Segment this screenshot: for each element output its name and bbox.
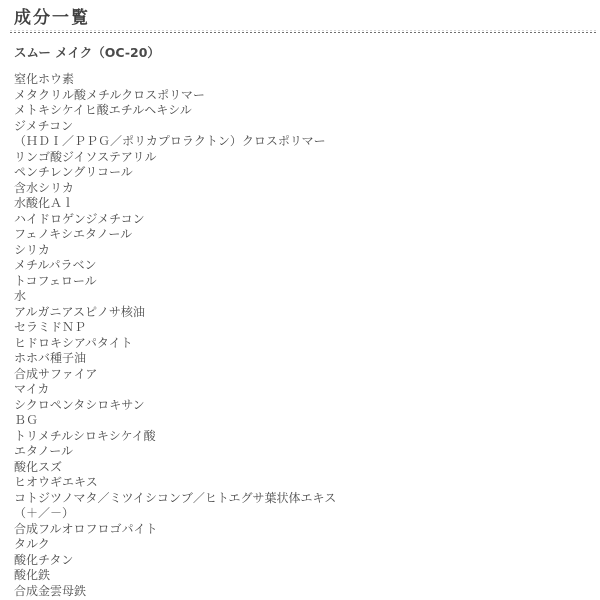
- product-name: スムー メイク（OC-20）: [14, 46, 586, 60]
- ingredient-item: セラミドＮＰ: [14, 320, 586, 336]
- ingredient-item: ヒドロキシアパタイト: [14, 336, 586, 352]
- ingredient-item: 酸化スズ: [14, 460, 586, 476]
- ingredient-item: 水酸化Ａｌ: [14, 196, 586, 212]
- ingredient-item: 含水シリカ: [14, 181, 586, 197]
- ingredient-item: マイカ: [14, 382, 586, 398]
- ingredient-item: シクロペンタシロキサン: [14, 398, 586, 414]
- ingredient-item: リンゴ酸ジイソステアリル: [14, 150, 586, 166]
- ingredient-item: メタクリル酸メチルクロスポリマー: [14, 88, 586, 104]
- ingredients-section: 成分一覧 スムー メイク（OC-20） 窒化ホウ素メタクリル酸メチルクロスポリマ…: [0, 0, 600, 599]
- ingredient-item: 合成フルオロフロゴパイト: [14, 522, 586, 538]
- ingredient-item: トリメチルシロキシケイ酸: [14, 429, 586, 445]
- ingredient-item: 水: [14, 289, 586, 305]
- ingredient-item: タルク: [14, 537, 586, 553]
- ingredient-item: コトジツノマタ／ミツイシコンブ／ヒトエグサ葉状体エキス: [14, 491, 586, 507]
- ingredient-item: 窒化ホウ素: [14, 72, 586, 88]
- ingredient-item: ＢＧ: [14, 413, 586, 429]
- ingredient-item: ハイドロゲンジメチコン: [14, 212, 586, 228]
- ingredient-item: （＋／－）: [14, 506, 586, 522]
- ingredient-item: ヒオウギエキス: [14, 475, 586, 491]
- ingredient-item: シリカ: [14, 243, 586, 259]
- section-title: 成分一覧: [14, 8, 586, 29]
- dotted-divider: [10, 30, 597, 33]
- ingredient-item: 酸化鉄: [14, 568, 586, 584]
- ingredient-item: エタノール: [14, 444, 586, 460]
- ingredient-list: 窒化ホウ素メタクリル酸メチルクロスポリマーメトキシケイヒ酸エチルヘキシルジメチコ…: [14, 72, 586, 599]
- ingredient-item: ホホバ種子油: [14, 351, 586, 367]
- ingredient-item: フェノキシエタノール: [14, 227, 586, 243]
- ingredient-item: メチルパラベン: [14, 258, 586, 274]
- ingredient-item: ペンチレングリコール: [14, 165, 586, 181]
- ingredient-item: （ＨＤＩ／ＰＰＧ／ポリカプロラクトン）クロスポリマー: [14, 134, 586, 150]
- ingredient-item: 酸化チタン: [14, 553, 586, 569]
- ingredient-item: アルガニアスピノサ核油: [14, 305, 586, 321]
- ingredient-item: ジメチコン: [14, 119, 586, 135]
- ingredient-item: 合成金雲母鉄: [14, 584, 586, 600]
- ingredient-item: メトキシケイヒ酸エチルヘキシル: [14, 103, 586, 119]
- ingredient-item: 合成サファイア: [14, 367, 586, 383]
- ingredient-item: トコフェロール: [14, 274, 586, 290]
